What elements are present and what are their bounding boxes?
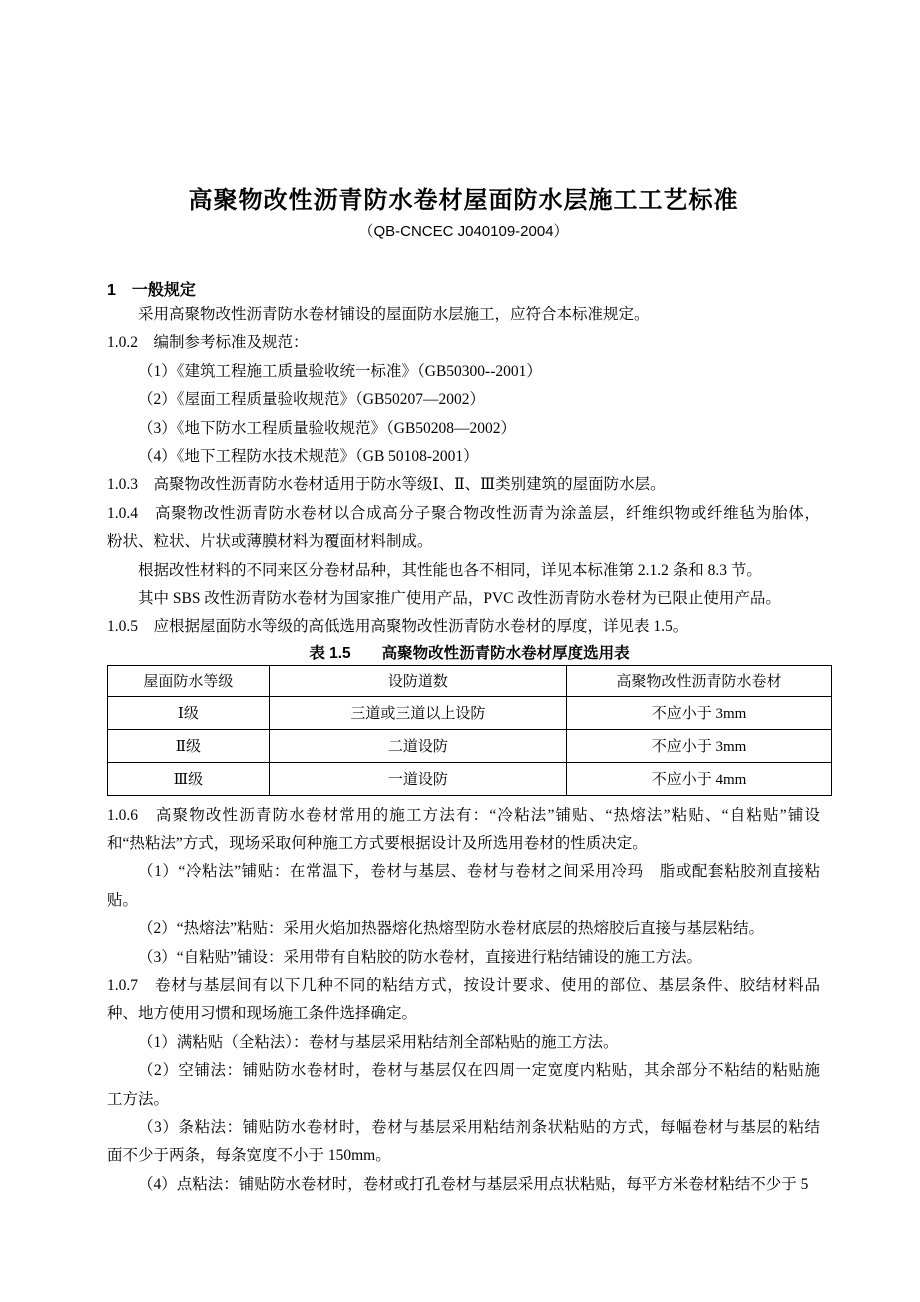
paragraph-line: 其中 SBS 改性沥青防水卷材为国家推广使用产品，PVC 改性沥青防水卷材为已限… (107, 585, 820, 613)
table-header-cell: 屋面防水等级 (108, 665, 270, 696)
table-cell: Ⅰ级 (108, 696, 270, 729)
paragraph-line: （3）“自粘贴”铺设：采用带有自粘胶的防水卷材，直接进行粘结铺设的施工方法。 (107, 944, 820, 972)
table-cell: Ⅲ级 (108, 762, 270, 795)
thickness-selection-table: 屋面防水等级设防道数高聚物改性沥青防水卷材 Ⅰ级三道或三道以上设防不应小于 3m… (107, 665, 832, 796)
table-cell: 一道设防 (269, 762, 566, 795)
paragraph-line: 工方法。 (107, 1086, 820, 1114)
table-caption: 表 1.5 高聚物改性沥青防水卷材厚度选用表 (107, 643, 832, 665)
paragraph-line: 1.0.3 高聚物改性沥青防水卷材适用于防水等级Ⅰ、Ⅱ、Ⅲ类别建筑的屋面防水层。 (107, 471, 820, 499)
paragraph-line: 1.0.5 应根据屋面防水等级的高低选用高聚物改性沥青防水卷材的厚度，详见表 1… (107, 613, 820, 641)
paragraph-line: 1.0.6 高聚物改性沥青防水卷材常用的施工方法有：“冷粘法”铺贴、“热熔法”粘… (107, 802, 820, 830)
paragraph-line: 采用高聚物改性沥青防水卷材铺设的屋面防水层施工，应符合本标准规定。 (107, 301, 820, 329)
paragraph-line: （2）“热熔法”粘贴：采用火焰加热器熔化热熔型防水卷材底层的热熔胶后直接与基层粘… (107, 915, 820, 943)
table-cell: 不应小于 3mm (567, 696, 832, 729)
paragraph-line: （2）空铺法：铺贴防水卷材时，卷材与基层仅在四周一定宽度内粘贴，其余部分不粘结的… (107, 1057, 820, 1085)
table-row: Ⅱ级二道设防不应小于 3mm (108, 729, 832, 762)
doc-standard-code: （QB-CNCEC J040109-2004） (107, 223, 820, 241)
section-heading: 1 一般规定 (107, 281, 820, 301)
paragraph-line: 1.0.2 编制参考标准及规范： (107, 329, 820, 357)
paragraph-line: （3）《地下防水工程质量验收规范》（GB50208—2002） (107, 415, 820, 443)
table-cell: 三道或三道以上设防 (269, 696, 566, 729)
paragraph-block-2: 1.0.6 高聚物改性沥青防水卷材常用的施工方法有：“冷粘法”铺贴、“热熔法”粘… (107, 802, 820, 1199)
table-cell: 二道设防 (269, 729, 566, 762)
paragraph-line: （2）《屋面工程质量验收规范》（GB50207—2002） (107, 386, 820, 414)
table-header-cell: 高聚物改性沥青防水卷材 (567, 665, 832, 696)
paragraph-line: （1）“冷粘法”铺贴：在常温下，卷材与基层、卷材与卷材之间采用冷玛 脂或配套粘胶… (107, 858, 820, 886)
paragraph-line: （1）满粘贴（全粘法）：卷材与基层采用粘结剂全部粘贴的施工方法。 (107, 1029, 820, 1057)
paragraph-line: （4）《地下工程防水技术规范》（GB 50108-2001） (107, 443, 820, 471)
paragraph-line: （4）点粘法：铺贴防水卷材时，卷材或打孔卷材与基层采用点状粘贴，每平方米卷材粘结… (107, 1171, 820, 1199)
paragraph-line: 和“热粘法”方式，现场采取何种施工方式要根据设计及所选用卷材的性质决定。 (107, 830, 820, 858)
paragraph-line: 根据改性材料的不同来区分卷材品种，其性能也各不相同，详见本标准第 2.1.2 条… (107, 557, 820, 585)
paragraph-line: 粉状、粒状、片状或薄膜材料为覆面材料制成。 (107, 528, 820, 556)
paragraph-line: 面不少于两条，每条宽度不小于 150mm。 (107, 1142, 820, 1170)
table-header-cell: 设防道数 (269, 665, 566, 696)
table-header-row: 屋面防水等级设防道数高聚物改性沥青防水卷材 (108, 665, 832, 696)
table-row: Ⅰ级三道或三道以上设防不应小于 3mm (108, 696, 832, 729)
paragraph-line: （1）《建筑工程施工质量验收统一标准》（GB50300--2001） (107, 358, 820, 386)
document-page: 高聚物改性沥青防水卷材屋面防水层施工工艺标准 （QB-CNCEC J040109… (0, 0, 920, 1302)
table-cell: 不应小于 3mm (567, 729, 832, 762)
paragraph-line: 1.0.4 高聚物改性沥青防水卷材以合成高分子聚合物改性沥青为涂盖层，纤维织物或… (107, 500, 820, 528)
document-content: 高聚物改性沥青防水卷材屋面防水层施工工艺标准 （QB-CNCEC J040109… (107, 0, 820, 1199)
doc-title: 高聚物改性沥青防水卷材屋面防水层施工工艺标准 (107, 0, 820, 216)
table-cell: 不应小于 4mm (567, 762, 832, 795)
paragraph-line: 1.0.7 卷材与基层间有以下几种不同的粘结方式，按设计要求、使用的部位、基层条… (107, 972, 820, 1000)
paragraph-block-1: 采用高聚物改性沥青防水卷材铺设的屋面防水层施工，应符合本标准规定。1.0.2 编… (107, 301, 820, 642)
table-row: Ⅲ级一道设防不应小于 4mm (108, 762, 832, 795)
table-cell: Ⅱ级 (108, 729, 270, 762)
paragraph-line: 贴。 (107, 887, 820, 915)
paragraph-line: 种、地方使用习惯和现场施工条件选择确定。 (107, 1000, 820, 1028)
paragraph-line: （3）条粘法：铺贴防水卷材时，卷材与基层采用粘结剂条状粘贴的方式，每幅卷材与基层… (107, 1114, 820, 1142)
